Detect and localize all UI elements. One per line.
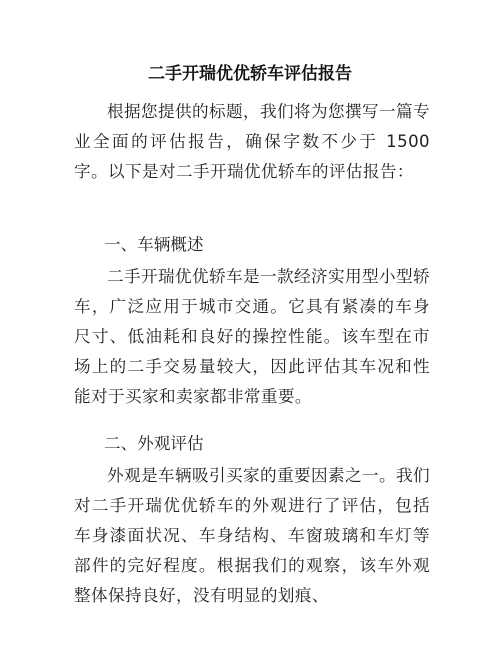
intro-paragraph-block: 根据您提供的标题，我们将为您撰写一篇专业全面的评估报告，确保字数不少于 1500… — [74, 97, 430, 187]
exterior-paragraph-block: 外观是车辆吸引买家的重要因素之一。我们对二手开瑞优优轿车的外观进行了评估，包括车… — [74, 461, 430, 611]
exterior-paragraph: 外观是车辆吸引买家的重要因素之一。我们对二手开瑞优优轿车的外观进行了评估，包括车… — [74, 461, 430, 611]
overview-paragraph-block: 二手开瑞优优轿车是一款经济实用型小型轿车，广泛应用于城市交通。它具有紧凑的车身尺… — [74, 262, 430, 412]
document-title: 二手开瑞优优轿车评估报告 — [0, 62, 500, 86]
section-heading-overview: 一、车辆概述 — [104, 233, 204, 257]
overview-paragraph: 二手开瑞优优轿车是一款经济实用型小型轿车，广泛应用于城市交通。它具有紧凑的车身尺… — [74, 262, 430, 412]
document-page: 二手开瑞优优轿车评估报告 根据您提供的标题，我们将为您撰写一篇专业全面的评估报告… — [0, 0, 500, 647]
intro-paragraph: 根据您提供的标题，我们将为您撰写一篇专业全面的评估报告，确保字数不少于 1500… — [74, 97, 430, 187]
section-heading-exterior: 二、外观评估 — [104, 432, 204, 456]
